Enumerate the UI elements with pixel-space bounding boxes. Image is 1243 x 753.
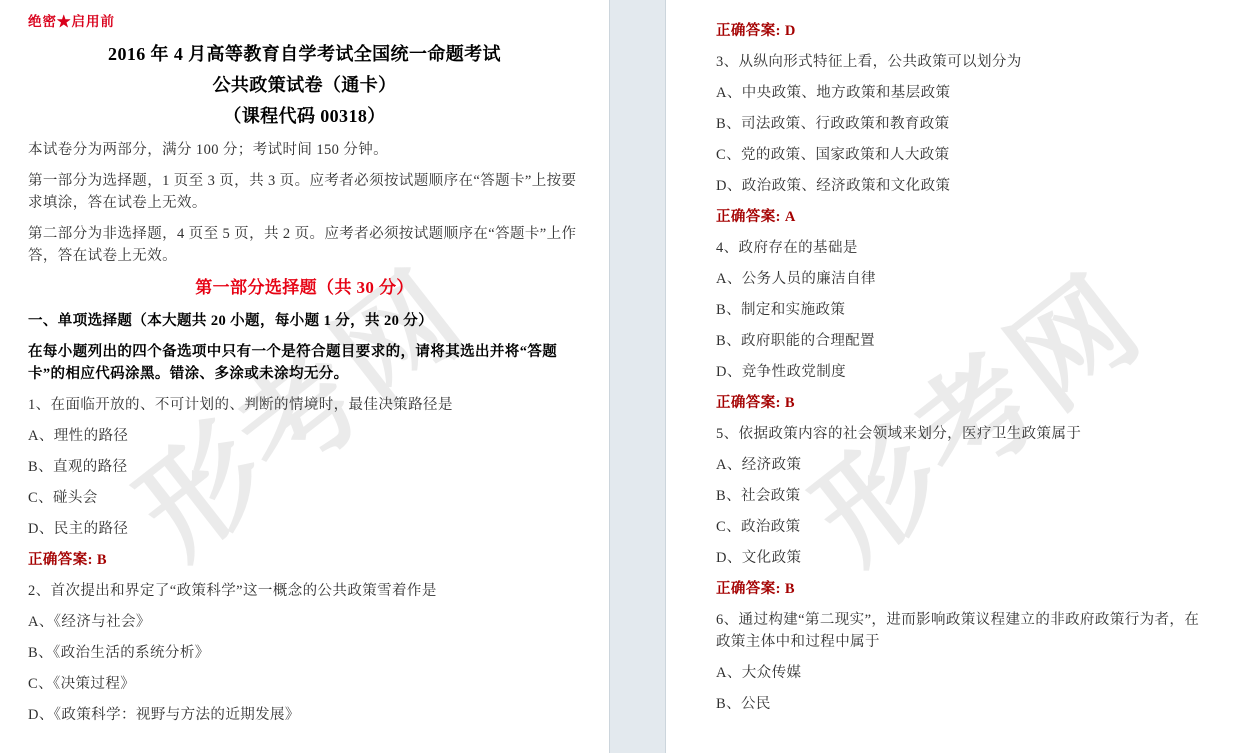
paper-title-line: 公共政策试卷（通卡）: [28, 74, 581, 96]
option-text: D、政治政策、经济政策和文化政策: [716, 175, 1213, 197]
question-text: 4、政府存在的基础是: [716, 237, 1213, 259]
option-text: B、公民: [716, 693, 1213, 715]
option-text: A、经济政策: [716, 454, 1213, 476]
paper-title-line: （课程代码 00318）: [28, 105, 581, 127]
option-text: D、民主的路径: [28, 518, 581, 540]
option-text: D、《政策科学：视野与方法的近期发展》: [28, 704, 581, 726]
page-left: 形考网 绝密★启用前2016 年 4 月高等教育自学考试全国统一命题考试公共政策…: [0, 0, 609, 753]
page-gap-divider: [609, 0, 666, 753]
question-text: 2、首次提出和界定了“政策科学”这一概念的公共政策雪着作是: [28, 580, 581, 602]
option-text: A、公务人员的廉洁自律: [716, 268, 1213, 290]
option-text: A、大众传媒: [716, 662, 1213, 684]
option-text: C、碰头会: [28, 487, 581, 509]
option-text: B、制定和实施政策: [716, 299, 1213, 321]
paper-title-line: 2016 年 4 月高等教育自学考试全国统一命题考试: [28, 43, 581, 65]
answer-label: 正确答案: B: [28, 549, 581, 571]
intro-paragraph: 本试卷分为两部分，满分 100 分；考试时间 150 分钟。: [28, 139, 581, 161]
question-text: 6、通过构建“第二现实”，进而影响政策议程建立的非政府政策行为者，在政策主体中和…: [716, 609, 1213, 653]
page-left-content: 绝密★启用前2016 年 4 月高等教育自学考试全国统一命题考试公共政策试卷（通…: [0, 0, 609, 726]
option-text: B、政府职能的合理配置: [716, 330, 1213, 352]
security-classification: 绝密★启用前: [28, 13, 581, 30]
instruction-note: 在每小题列出的四个备选项中只有一个是符合题目要求的，请将其选出并将“答题卡”的相…: [28, 341, 581, 385]
intro-paragraph: 第二部分为非选择题，4 页至 5 页，共 2 页。应考者必须按试题顺序在“答题卡…: [28, 223, 581, 267]
option-text: B、社会政策: [716, 485, 1213, 507]
question-text: 3、从纵向形式特征上看，公共政策可以划分为: [716, 51, 1213, 73]
option-text: C、政治政策: [716, 516, 1213, 538]
question-text: 5、依据政策内容的社会领域来划分，医疗卫生政策属于: [716, 423, 1213, 445]
option-text: A、《经济与社会》: [28, 611, 581, 633]
page-right: 形考网 正确答案: D3、从纵向形式特征上看，公共政策可以划分为A、中央政策、地…: [666, 0, 1243, 753]
option-text: A、理性的路径: [28, 425, 581, 447]
question-text: 1、在面临开放的、不可计划的、判断的情境时，最佳决策路径是: [28, 394, 581, 416]
answer-label: 正确答案: B: [716, 392, 1213, 414]
option-text: B、《政治生活的系统分析》: [28, 642, 581, 664]
page-right-content: 正确答案: D3、从纵向形式特征上看，公共政策可以划分为A、中央政策、地方政策和…: [666, 0, 1243, 715]
answer-label: 正确答案: B: [716, 578, 1213, 600]
option-text: B、直观的路径: [28, 456, 581, 478]
answer-label: 正确答案: D: [716, 20, 1213, 42]
option-text: C、党的政策、国家政策和人大政策: [716, 144, 1213, 166]
section-heading: 第一部分选择题（共 30 分）: [28, 276, 581, 300]
document-viewer: 形考网 绝密★启用前2016 年 4 月高等教育自学考试全国统一命题考试公共政策…: [0, 0, 1243, 753]
option-text: A、中央政策、地方政策和基层政策: [716, 82, 1213, 104]
option-text: D、文化政策: [716, 547, 1213, 569]
option-text: D、竞争性政党制度: [716, 361, 1213, 383]
intro-paragraph: 第一部分为选择题，1 页至 3 页，共 3 页。应考者必须按试题顺序在“答题卡”…: [28, 170, 581, 214]
question-type-heading: 一、单项选择题（本大题共 20 小题，每小题 1 分，共 20 分）: [28, 310, 581, 332]
option-text: B、司法政策、行政政策和教育政策: [716, 113, 1213, 135]
option-text: C、《决策过程》: [28, 673, 581, 695]
answer-label: 正确答案: A: [716, 206, 1213, 228]
